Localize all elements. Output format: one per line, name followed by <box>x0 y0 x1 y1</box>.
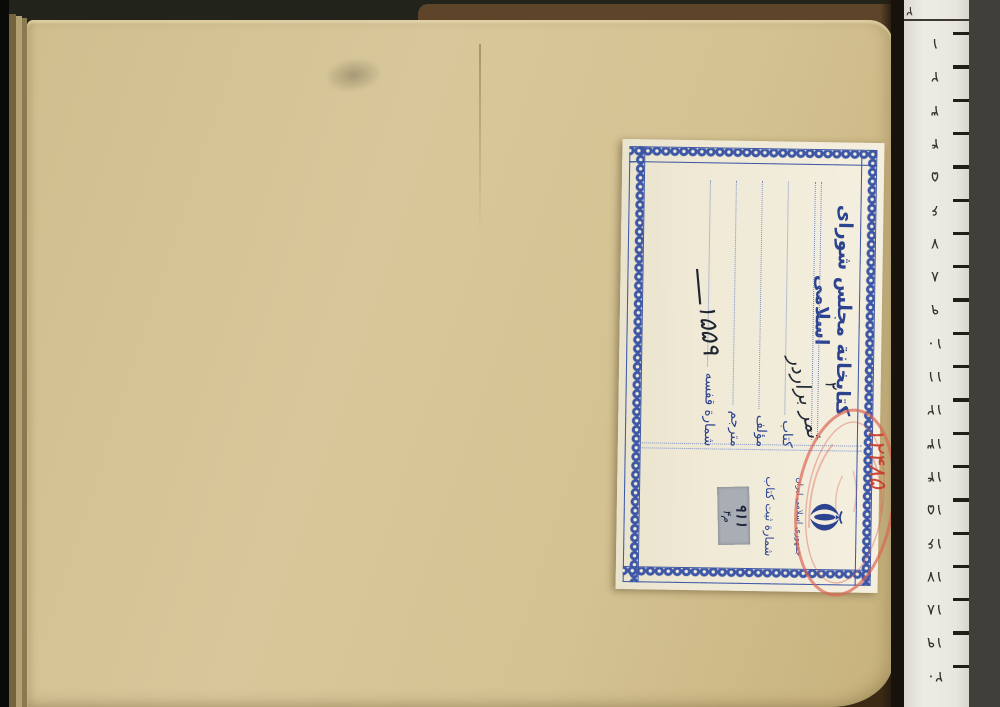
ruler-shadow <box>891 0 904 707</box>
ruler-tick <box>953 265 969 268</box>
ruler-number: ۱۰ <box>922 335 948 353</box>
ruler-number: ۱۷ <box>922 568 948 586</box>
library-bookplate-rotated: كتابخانة مجلس شوراى اسلامى كتابمؤلفمترجم… <box>615 139 885 595</box>
call-number-line2: م۴ <box>721 487 733 545</box>
ruler-tick <box>953 398 969 401</box>
ruler-tick <box>953 32 969 35</box>
scan-background-left <box>0 0 9 707</box>
ruler-tick <box>953 99 969 102</box>
ruler-tick <box>953 565 969 568</box>
ruler-tick <box>953 665 969 668</box>
ruler-tick <box>953 165 969 168</box>
ruler-number: ۱۵ <box>922 501 948 519</box>
ruler-number: ۱۴ <box>922 468 948 486</box>
call-number-line1: ۹۱۱ <box>732 486 750 544</box>
ruler-tick <box>953 598 969 601</box>
field-label: مؤلف <box>751 415 770 448</box>
measuring-ruler: ۲ ۱۲۳۴۵۶۷۸۹۱۰۱۱۱۲۱۳۱۴۱۵۱۶۱۷۱۸۱۹۲۰ <box>904 0 976 707</box>
ruler-number: ۱۹ <box>922 634 948 652</box>
ruler-tick <box>953 365 969 368</box>
page-edges-stack <box>9 14 16 707</box>
shelf-number-digits: ۱۵۵۹ <box>693 302 725 356</box>
page-crease <box>479 44 481 234</box>
ruler-tick <box>953 65 969 68</box>
ornamental-border-left <box>629 146 877 166</box>
ruler-end-line <box>904 19 969 21</box>
field-label: مترجم <box>725 411 744 447</box>
pencil-smudge <box>325 52 387 94</box>
ruler-tick <box>953 498 969 501</box>
ruler-tick <box>953 332 969 335</box>
bookplate-field-row: مترجم <box>725 173 755 447</box>
ruler-tick <box>953 532 969 535</box>
ruler-tick <box>953 199 969 202</box>
dotted-leader-line <box>732 181 738 405</box>
ruler-number: ۱۶ <box>922 535 948 553</box>
ruler-top-mark: ۲ <box>906 3 913 18</box>
ruler-tick <box>953 132 969 135</box>
ruler-number: ۲۰ <box>922 668 948 686</box>
ruler-number: ۴ <box>922 135 948 153</box>
ruler-number: ۹ <box>922 301 948 319</box>
ruler-number: ۵ <box>922 168 948 186</box>
ruler-number: ۱۲ <box>922 401 948 419</box>
ruler-number: ۱۳ <box>922 435 948 453</box>
dotted-leader-line <box>758 181 764 409</box>
ruler-number: ۷ <box>922 235 948 253</box>
ruler-tick <box>953 232 969 235</box>
field-label: شمارة قفسه <box>699 373 718 447</box>
call-number-box: ۹۱۱ م۴ <box>717 486 750 545</box>
ruler-number: ۶ <box>922 202 948 220</box>
ruler-tick <box>953 465 969 468</box>
scan-background-right <box>969 0 1000 707</box>
ruler-number: ۳ <box>922 102 948 120</box>
ruler-number: ۱۸ <box>922 601 948 619</box>
library-bookplate: كتابخانة مجلس شوراى اسلامى كتابمؤلفمترجم… <box>615 139 884 593</box>
ruler-tick <box>953 631 969 634</box>
ruler-number: ۸ <box>922 268 948 286</box>
ruler-number: ۱ <box>922 35 948 53</box>
handwritten-accession-number-red: ۱۲۴۸۵ <box>862 427 890 490</box>
ruler-tick <box>953 298 969 301</box>
ruler-number: ۱۱ <box>922 368 948 386</box>
ruler-number: ۲ <box>922 68 948 86</box>
shelf-number-flourish: ـــــ <box>690 267 721 305</box>
ruler-tick <box>953 432 969 435</box>
registration-number-label: شمارة ثبت كتاب <box>762 476 777 556</box>
book-scan-photo: كتابخانة مجلس شوراى اسلامى كتابمؤلفمترجم… <box>0 0 1000 707</box>
